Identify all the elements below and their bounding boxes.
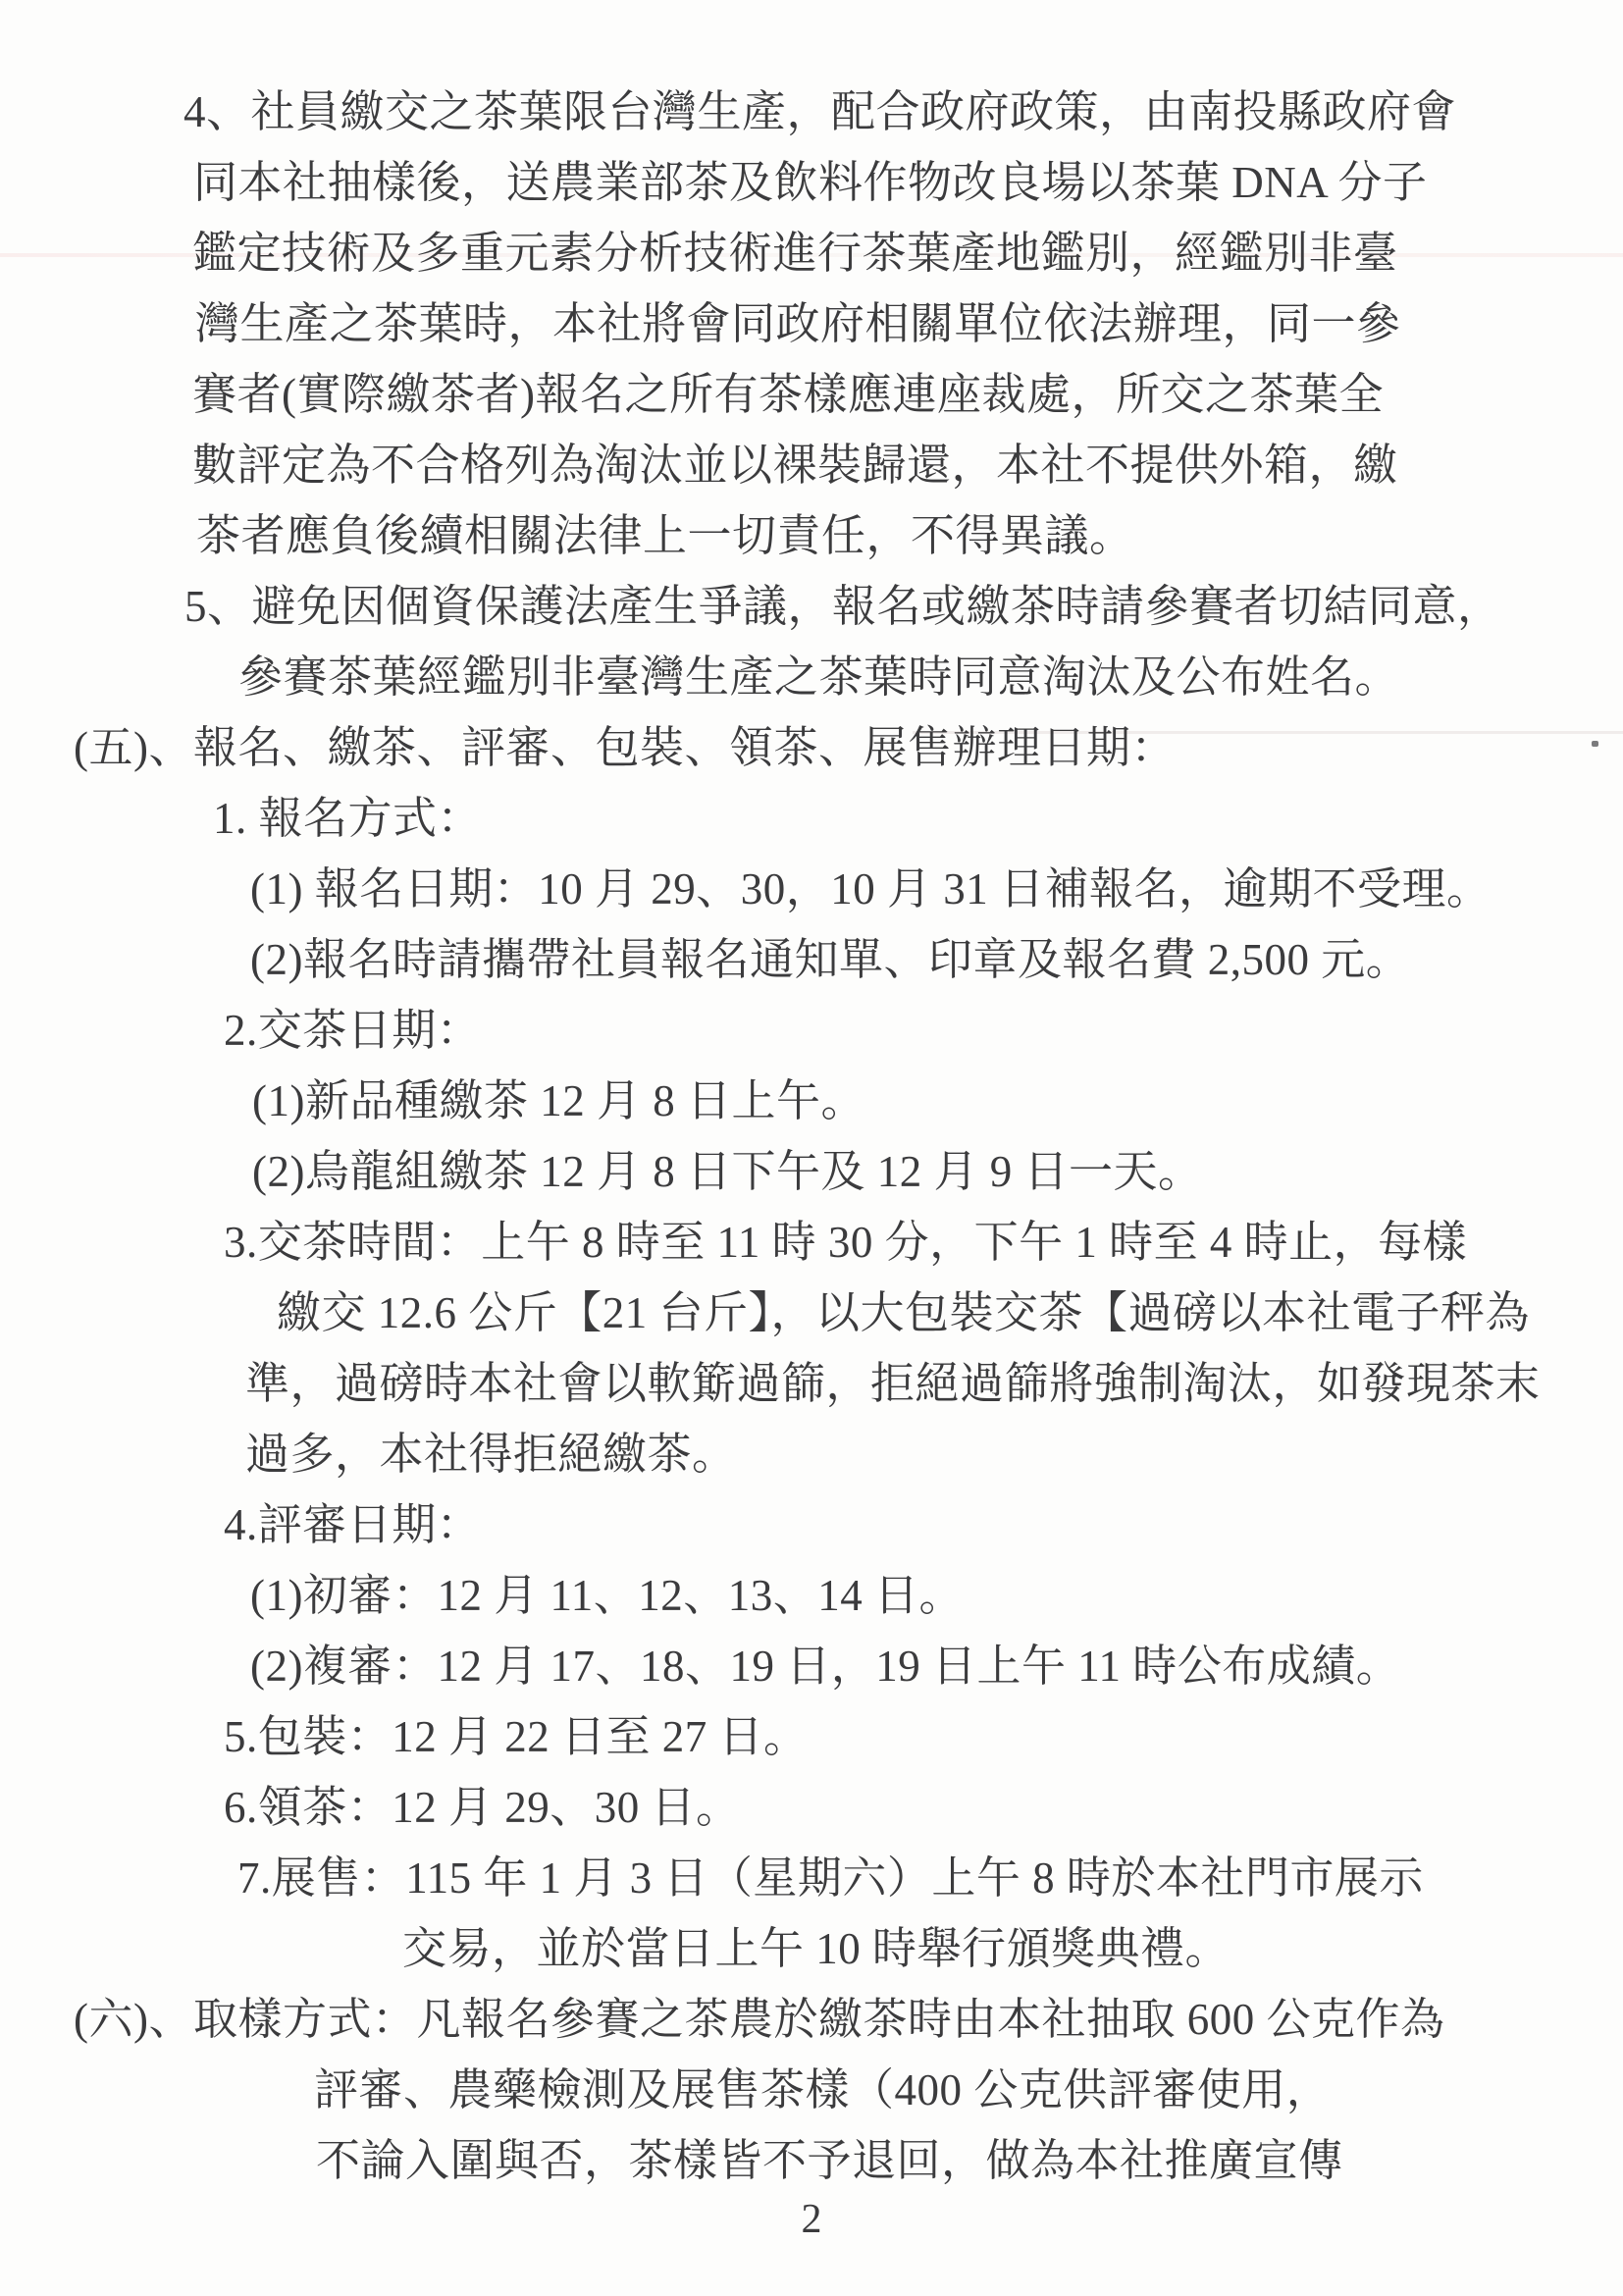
text-line: 過多，本社得拒絕繳茶。 — [245, 1429, 737, 1480]
text-line: 3.交茶時間：上午 8 時至 11 時 30 分，下午 1 時至 4 時止，每樣 — [224, 1217, 1467, 1268]
text-line: 鑑定技術及多重元素分析技術進行茶葉產地鑑別，經鑑別非臺 — [192, 228, 1398, 279]
text-line: 評審、農藥檢測及展售茶樣（400 公克供評審使用， — [314, 2064, 1331, 2115]
text-line: 5、避免因個資保護法產生爭議，報名或繳茶時請參賽者切結同意， — [184, 581, 1502, 632]
text-line: 5.包裝：12 月 22 日至 27 日。 — [224, 1711, 809, 1762]
text-line: 準，過磅時本社會以軟簛過篩，拒絕過篩將強制淘汰，如發現茶末 — [245, 1358, 1541, 1409]
text-line: 同本社抽樣後，送農業部茶及飲料作物改良場以茶葉 DNA 分子 — [193, 157, 1428, 208]
text-line: 交易，並於當日上午 10 時舉行頒獎典禮。 — [402, 1923, 1230, 1974]
text-line: 參賽茶葉經鑑別非臺灣生產之茶葉時同意淘汰及公布姓名。 — [238, 652, 1399, 703]
text-line: (1) 報名日期：10 月 29、30，10 月 31 日補報名，逾期不受理。 — [250, 863, 1491, 914]
text-line: (六)、取樣方式：凡報名參賽之茶農於繳茶時由本社抽取 600 公克作為 — [74, 1994, 1444, 2045]
scan-speck — [1592, 741, 1598, 747]
text-line: 賽者(實際繳茶者)報名之所有茶樣應連座裁處，所交之茶葉全 — [192, 369, 1384, 420]
text-line: (1)初審：12 月 11、12、13、14 日。 — [250, 1570, 964, 1621]
text-line: 數評定為不合格列為淘汰並以裸裝歸還，本社不提供外箱，繳 — [192, 440, 1398, 491]
text-line: 6.領茶：12 月 29、30 日。 — [224, 1782, 741, 1833]
text-line: 不論入圍與否，茶樣皆不予退回，做為本社推廣宣傳 — [316, 2135, 1343, 2186]
text-line: 2.交茶日期： — [224, 1005, 481, 1056]
page-number: 2 — [0, 2196, 1623, 2243]
text-line: (2)烏龍組繳茶 12 月 8 日下午及 12 月 9 日一天。 — [252, 1146, 1202, 1197]
text-line: (2)報名時請攜帶社員報名通知單、印章及報名費 2,500 元。 — [250, 934, 1410, 985]
text-line: 茶者應負後續相關法律上一切責任，不得異議。 — [196, 510, 1134, 561]
text-line: (1)新品種繳茶 12 月 8 日上午。 — [252, 1075, 865, 1126]
text-line: (2)複審：12 月 17、18、19 日，19 日上午 11 時公布成績。 — [250, 1641, 1400, 1692]
text-line: 4.評審日期： — [224, 1499, 481, 1550]
document-page: 4、社員繳交之茶葉限台灣生產，配合政府政策，由南投縣政府會同本社抽樣後，送農業部… — [0, 0, 1623, 2296]
text-line: 灣生產之茶葉時，本社將會同政府相關單位依法辦理，同一參 — [195, 298, 1401, 349]
text-line: (五)、報名、繳茶、評審、包裝、領茶、展售辦理日期： — [74, 722, 1176, 773]
text-line: 4、社員繳交之茶葉限台灣生產，配合政府政策，由南投縣政府會 — [183, 86, 1456, 137]
text-line: 7.展售：115 年 1 月 3 日（星期六）上午 8 時於本社門市展示 — [237, 1852, 1424, 1904]
text-line: 1. 報名方式： — [213, 793, 482, 844]
text-line: 繳交 12.6 公斤【21 台斤】，以大包裝交茶【過磅以本社電子秤為 — [277, 1287, 1530, 1338]
